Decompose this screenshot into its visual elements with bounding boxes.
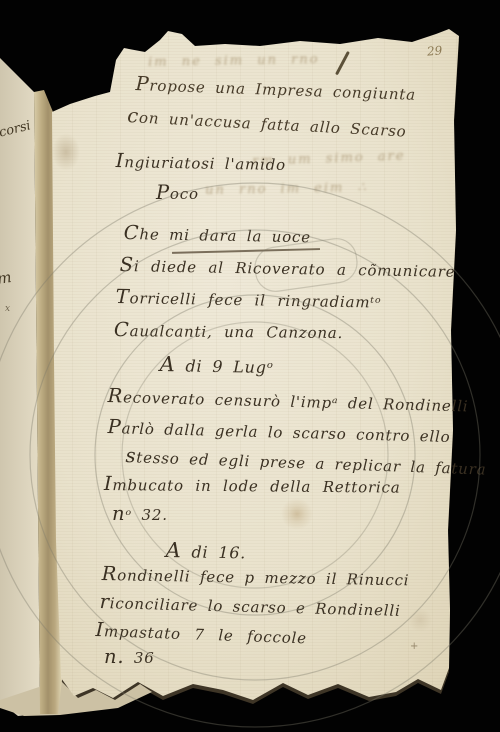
manuscript-line: Propose una Impresa congiunta: [135, 72, 416, 105]
manuscript-line-date: A di 16.: [166, 538, 247, 563]
manuscript-line: Impastato 7 le foccole: [95, 618, 307, 648]
marginal-fragment: m: [0, 268, 13, 288]
ink-layer: 29 im ne sim un rno rm um simo are un rn…: [0, 0, 500, 732]
manuscript-line: Rondinelli fece p mezzo il Rinucci: [102, 562, 410, 590]
manuscript-line: Ingiuriatosi l'amido: [116, 149, 287, 175]
folio-number: 29: [426, 43, 442, 58]
manuscript-line: Poco: [156, 181, 199, 204]
marginal-fragment: ecorsi: [0, 118, 32, 142]
manuscript-line-date: A di 9 Lugᵒ: [160, 352, 274, 378]
manuscript-line: Recoverato censurò l'impᵃ del Rondinelli: [107, 384, 468, 416]
manuscript-line: Parlò dalla gerla lo scarso contro ello: [107, 415, 450, 447]
manuscript-line: Imbucato in lode della Rettorica: [104, 472, 401, 498]
bleedthrough-text: im ne sim un rno: [148, 52, 320, 70]
manuscript-line: Torricelli fece il ringradiamᵗᵒ: [116, 285, 382, 313]
manuscript-line: Caualcanti, una Canzona.: [114, 318, 343, 343]
manuscript-line-number: nᵒ 32.: [112, 502, 168, 525]
manuscript-line: riconciliare lo scarso e Rondinelli: [99, 590, 401, 621]
marginal-fragment: x: [5, 304, 10, 314]
pen-stroke: [335, 51, 349, 75]
stray-mark: +: [410, 641, 418, 652]
manuscript-line: Che mi dara la uoce: [124, 221, 312, 247]
manuscript-scan: 29 im ne sim un rno rm um simo are un rn…: [0, 0, 500, 732]
bleedthrough-text: un rno im eim ∴: [205, 180, 368, 198]
manuscript-line-number: n. 36: [104, 645, 155, 668]
manuscript-line: Si diede al Ricoverato a cõmunicare: [120, 253, 456, 282]
manuscript-line: con un'accusa fatta allo Scarso: [127, 104, 407, 142]
ink-underline: [172, 248, 320, 253]
